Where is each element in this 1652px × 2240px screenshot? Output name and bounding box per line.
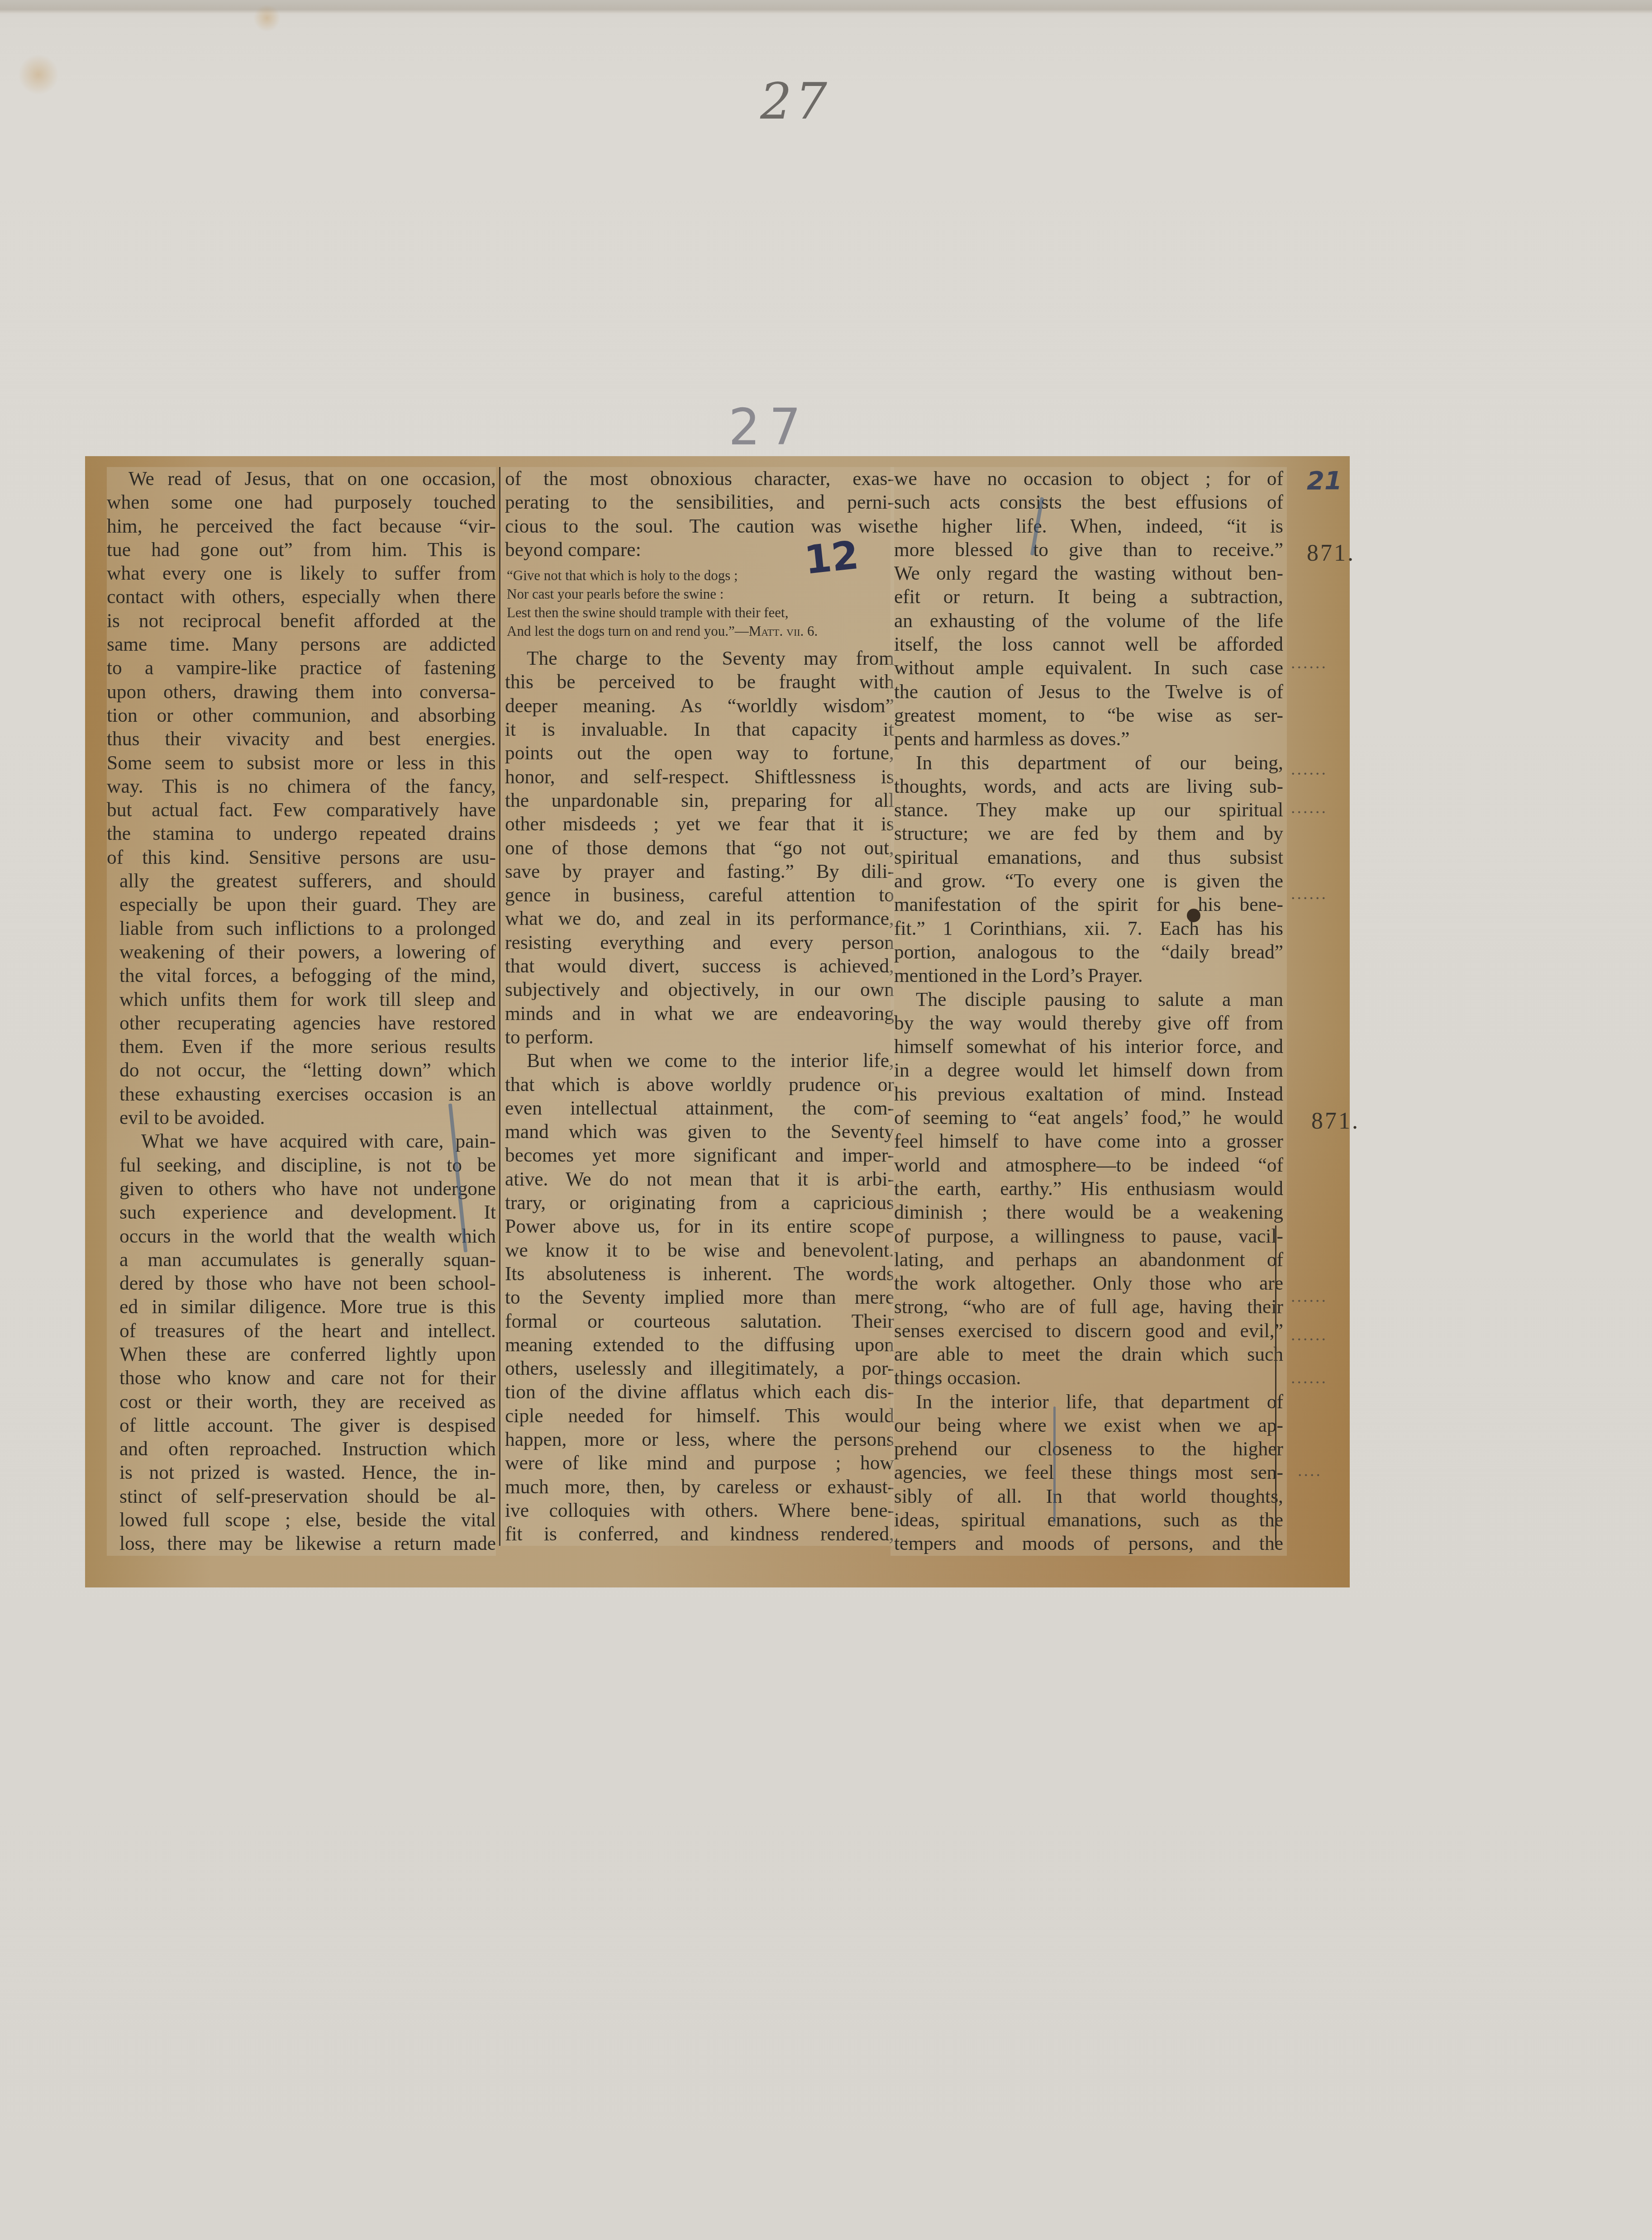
text-line: meaning extended to the diffusing upon xyxy=(505,1333,894,1357)
text-line: deeper meaning. As “worldly wisdom” xyxy=(505,694,894,718)
text-line: lowed full scope ; else, beside the vita… xyxy=(119,1508,496,1532)
column-2-body: The charge to the Seventy may fromthis b… xyxy=(505,647,894,1546)
text-line: that would divert, success is achieved, xyxy=(505,954,894,978)
text-line: ed in similar diligence. More true is th… xyxy=(119,1295,496,1319)
text-line: itself, the loss cannot well be afforded xyxy=(894,633,1283,656)
margin-dots: ...... xyxy=(1291,798,1328,818)
text-line: ive colloquies with others. Where bene- xyxy=(505,1499,894,1522)
text-line: such acts consists the best effusions of xyxy=(894,491,1283,514)
text-column-1: We read of Jesus, that on one occasion,w… xyxy=(107,467,496,1556)
text-line: are able to meet the drain which such xyxy=(894,1343,1283,1366)
text-line: a man accumulates is generally squan- xyxy=(119,1248,496,1272)
text-line: one of those demons that “go not out, xyxy=(505,836,894,860)
text-line: tion of the divine afflatus which each d… xyxy=(505,1380,894,1404)
text-line: such experience and development. It xyxy=(119,1201,496,1224)
text-line: thus their vivacity and best energies. xyxy=(107,727,496,751)
text-line: ciple needed for himself. This would xyxy=(505,1404,894,1428)
text-line: Power above us, for in its entire scope xyxy=(505,1215,894,1238)
text-line: it is invaluable. In that capacity it xyxy=(505,718,894,741)
text-line: dered by those who have not been school- xyxy=(119,1272,496,1295)
text-line: mentioned in the Lord’s Prayer. xyxy=(894,964,1283,987)
blue-pencil-mark xyxy=(1053,1406,1056,1524)
verse-line-text: And lest the dogs turn on and rend you.”… xyxy=(507,623,749,639)
text-column-2: of the most obnoxious character, exas-pe… xyxy=(499,467,894,1546)
text-line: sibly of all. In that world thoughts, xyxy=(894,1485,1283,1508)
text-line: is not prized is wasted. Hence, the in- xyxy=(119,1461,496,1484)
text-line: ative. We do not mean that it is arbi- xyxy=(505,1168,894,1191)
text-line: were of like mind and purpose ; how xyxy=(505,1451,894,1475)
text-line: of treasures of the heart and intellect. xyxy=(119,1319,496,1343)
text-line: an exhausting of the volume of the life xyxy=(894,609,1283,633)
margin-dots: ...... xyxy=(1291,653,1328,673)
text-line: ally the greatest sufferers, and should xyxy=(119,869,496,893)
text-line: even intellectual attainment, the com- xyxy=(505,1096,894,1120)
foxing-stain xyxy=(253,5,281,32)
text-line: mand which was given to the Seventy xyxy=(505,1120,894,1144)
text-line: which unfits them for work till sleep an… xyxy=(119,988,496,1011)
text-line: fit is conferred, and kindness rendered, xyxy=(505,1522,894,1546)
margin-number: 871. xyxy=(1311,1108,1360,1134)
text-line: strong, “who are of full age, having the… xyxy=(894,1295,1283,1319)
text-line: our being where we exist when we ap- xyxy=(894,1414,1283,1437)
margin-dots: ...... xyxy=(1291,1325,1328,1345)
text-line: of the most obnoxious character, exas- xyxy=(505,467,894,491)
text-line: lating, and perhaps an abandonment of xyxy=(894,1248,1283,1272)
text-line: when some one had purposely touched xyxy=(107,491,496,514)
handwritten-number-12: 12 xyxy=(802,533,861,583)
text-line: world and atmosphere—to be indeed “of xyxy=(894,1153,1283,1177)
text-line: portion, analogous to the “daily bread” xyxy=(894,940,1283,964)
text-line: The disciple pausing to salute a man xyxy=(894,988,1283,1011)
column-rule xyxy=(1275,1225,1276,1547)
text-line: what every one is likely to suffer from xyxy=(107,562,496,585)
text-line: fit.” 1 Corinthians, xii. 7. Each has hi… xyxy=(894,917,1283,940)
text-line: to a vampire-like practice of fastening xyxy=(107,656,496,680)
text-line: what we do, and zeal in its performance, xyxy=(505,907,894,930)
margin-dots: ...... xyxy=(1291,1368,1328,1388)
album-page: 27 27 We read of Jesus, that on one occa… xyxy=(0,0,1652,2240)
text-line: evil to be avoided. xyxy=(119,1106,496,1130)
text-line: in a degree would let himself down from xyxy=(894,1058,1283,1082)
text-line: other misdeeds ; yet we fear that it is xyxy=(505,812,894,836)
text-line: is not reciprocal benefit afforded at th… xyxy=(107,609,496,633)
text-line: save by prayer and fasting.” By dili- xyxy=(505,860,894,883)
text-line: tue had gone out” from him. This is xyxy=(107,538,496,562)
page-number-ink: 27 xyxy=(760,72,831,130)
text-line: more blessed to give than to receive.” xyxy=(894,538,1283,562)
text-line: others, uselessly and illegitimately, a … xyxy=(505,1357,894,1380)
text-line: perating to the sensibilities, and perni… xyxy=(505,491,894,514)
text-line: tion or other communion, and absorbing xyxy=(107,704,496,727)
text-line: him, he perceived the fact because “vir- xyxy=(107,515,496,538)
handwritten-number-21: 21 xyxy=(1307,466,1342,496)
text-line: of seeming to “eat angels’ food,” he wou… xyxy=(894,1106,1283,1130)
text-line: thoughts, words, and acts are living sub… xyxy=(894,775,1283,798)
text-line: prehend our closeness to the higher xyxy=(894,1437,1283,1461)
text-line: weakening of their powers, a lowering of xyxy=(119,940,496,964)
text-line: especially be upon their guard. They are xyxy=(119,893,496,916)
text-line: stance. They make up our spiritual xyxy=(894,798,1283,822)
text-line: manifestation of the spirit for his bene… xyxy=(894,893,1283,916)
text-line: greatest moment, to “be wise as ser- xyxy=(894,704,1283,727)
text-line: the caution of Jesus to the Twelve is of xyxy=(894,680,1283,704)
text-line: these exhausting exercises occasion is a… xyxy=(119,1082,496,1106)
text-line: When these are conferred lightly upon xyxy=(119,1343,496,1366)
text-line: pents and harmless as doves.” xyxy=(894,727,1283,751)
text-line: to perform. xyxy=(505,1025,894,1049)
text-line: the unpardonable sin, preparing for all xyxy=(505,789,894,812)
text-line: the earth, earthy.” His enthusiasm would xyxy=(894,1177,1283,1201)
text-line: way. This is no chimera of the fancy, xyxy=(107,775,496,798)
text-line: stinct of self-preservation should be al… xyxy=(119,1485,496,1508)
newspaper-clipping: We read of Jesus, that on one occasion,w… xyxy=(85,456,1350,1587)
text-line: upon others, drawing them into conversa- xyxy=(107,680,496,704)
verse-line: Lest then the swine should trample with … xyxy=(507,603,894,622)
text-line: efit or return. It being a subtraction, xyxy=(894,585,1283,609)
text-line: much more, then, by careless or exhaust- xyxy=(505,1475,894,1499)
page-top-edge xyxy=(0,0,1652,14)
text-line: his previous exaltation of mind. Instead xyxy=(894,1082,1283,1106)
text-line: spiritual emanations, and thus subsist xyxy=(894,846,1283,869)
verse-citation: Matt. vii. 6. xyxy=(749,623,818,639)
text-line: structure; we are fed by them and by xyxy=(894,822,1283,845)
text-line: ful seeking, and discipline, is not to b… xyxy=(119,1153,496,1177)
margin-dots: ...... xyxy=(1291,759,1328,779)
verse-line: And lest the dogs turn on and rend you.”… xyxy=(507,622,894,640)
text-line: The charge to the Seventy may from xyxy=(505,647,894,670)
text-line: and often reproached. Instruction which xyxy=(119,1437,496,1461)
margin-number: 871. xyxy=(1307,540,1355,567)
text-line: ideas, spiritual emanations, such as the xyxy=(894,1508,1283,1532)
text-line: do not occur, the “letting down” which xyxy=(119,1058,496,1082)
text-line: tempers and moods of persons, and the xyxy=(894,1532,1283,1555)
text-line: of little account. The giver is despised xyxy=(119,1414,496,1437)
text-line: the stamina to undergo repeated drains xyxy=(107,822,496,845)
text-line: What we have acquired with care, pain- xyxy=(119,1130,496,1153)
text-line: We read of Jesus, that on one occasion, xyxy=(107,467,496,491)
text-line: occurs in the world that the wealth whic… xyxy=(119,1225,496,1248)
text-line: those who know and care not for their xyxy=(119,1366,496,1390)
text-line: of purpose, a willingness to pause, vaci… xyxy=(894,1225,1283,1248)
text-line: other recuperating agencies have restore… xyxy=(119,1011,496,1035)
text-line: diminish ; there would be a weakening xyxy=(894,1201,1283,1224)
text-line: contact with others, especially when the… xyxy=(107,585,496,609)
text-line: given to others who have not undergone xyxy=(119,1177,496,1201)
text-line: feel himself to have come into a grosser xyxy=(894,1130,1283,1153)
text-line: loss, there may be likewise a return mad… xyxy=(119,1532,496,1555)
text-line: but actual fact. Few comparatively have xyxy=(107,798,496,822)
text-line: But when we come to the interior life, xyxy=(505,1049,894,1072)
text-line: that which is above worldly prudence or xyxy=(505,1073,894,1096)
text-line: of this kind. Sensitive persons are usu- xyxy=(107,846,496,869)
text-line: things occasion. xyxy=(894,1366,1283,1390)
ink-spot xyxy=(1187,909,1200,922)
text-line: points out the open way to fortune, xyxy=(505,741,894,765)
text-line: We only regard the wasting without ben- xyxy=(894,562,1283,585)
text-line: this be perceived to be fraught with xyxy=(505,670,894,694)
text-line: them. Even if the more serious results xyxy=(119,1035,496,1058)
text-line: himself somewhat of his interior force, … xyxy=(894,1035,1283,1058)
text-line: happen, more or less, where the persons xyxy=(505,1428,894,1451)
verse-line: Nor cast your pearls before the swine : xyxy=(507,585,894,603)
text-line: liable from such inflictions to a prolon… xyxy=(119,917,496,940)
text-line: minds and in what we are endeavoring xyxy=(505,1002,894,1025)
text-line: gence in business, careful attention to xyxy=(505,883,894,907)
text-line: Its absoluteness is inherent. The words xyxy=(505,1262,894,1286)
blank-page-area xyxy=(0,1629,1652,2240)
page-number-pencil: 27 xyxy=(728,398,810,456)
text-line: cost or their worth, they are received a… xyxy=(119,1390,496,1414)
text-line: without ample equivalent. In such case xyxy=(894,656,1283,680)
text-line: same time. Many persons are addicted xyxy=(107,633,496,656)
text-line: and grow. “To every one is given the xyxy=(894,869,1283,893)
text-line: formal or courteous salutation. Their xyxy=(505,1310,894,1333)
margin-dots: .... xyxy=(1298,1461,1322,1481)
text-line: we have no occasion to object ; for of xyxy=(894,467,1283,491)
margin-dots: ...... xyxy=(1291,1287,1328,1306)
text-line: honor, and self-respect. Shiftlessness i… xyxy=(505,765,894,789)
text-line: subjectively and objectively, in our own xyxy=(505,978,894,1001)
text-line: the vital forces, a befogging of the min… xyxy=(119,964,496,987)
text-line: In the interior life, that department of xyxy=(894,1390,1283,1414)
text-line: In this department of our being, xyxy=(894,751,1283,775)
text-line: Some seem to subsist more or less in thi… xyxy=(107,751,496,775)
margin-dots: ...... xyxy=(1291,884,1328,904)
text-line: becomes yet more significant and imper- xyxy=(505,1144,894,1167)
text-line: senses exercised to discern good and evi… xyxy=(894,1319,1283,1343)
text-line: agencies, we feel these things most sen- xyxy=(894,1461,1283,1484)
text-line: to the Seventy implied more than mere xyxy=(505,1286,894,1309)
text-line: we know it to be wise and benevolent. xyxy=(505,1239,894,1262)
foxing-stain xyxy=(18,54,59,95)
text-column-3: we have no occasion to object ; for ofsu… xyxy=(890,467,1287,1556)
text-line: the work altogether. Only those who are xyxy=(894,1272,1283,1295)
text-line: trary, or originating from a capricious xyxy=(505,1191,894,1215)
text-line: by the way would thereby give off from xyxy=(894,1011,1283,1035)
text-line: the higher life. When, indeed, “it is xyxy=(894,515,1283,538)
text-line: resisting everything and every person xyxy=(505,931,894,954)
